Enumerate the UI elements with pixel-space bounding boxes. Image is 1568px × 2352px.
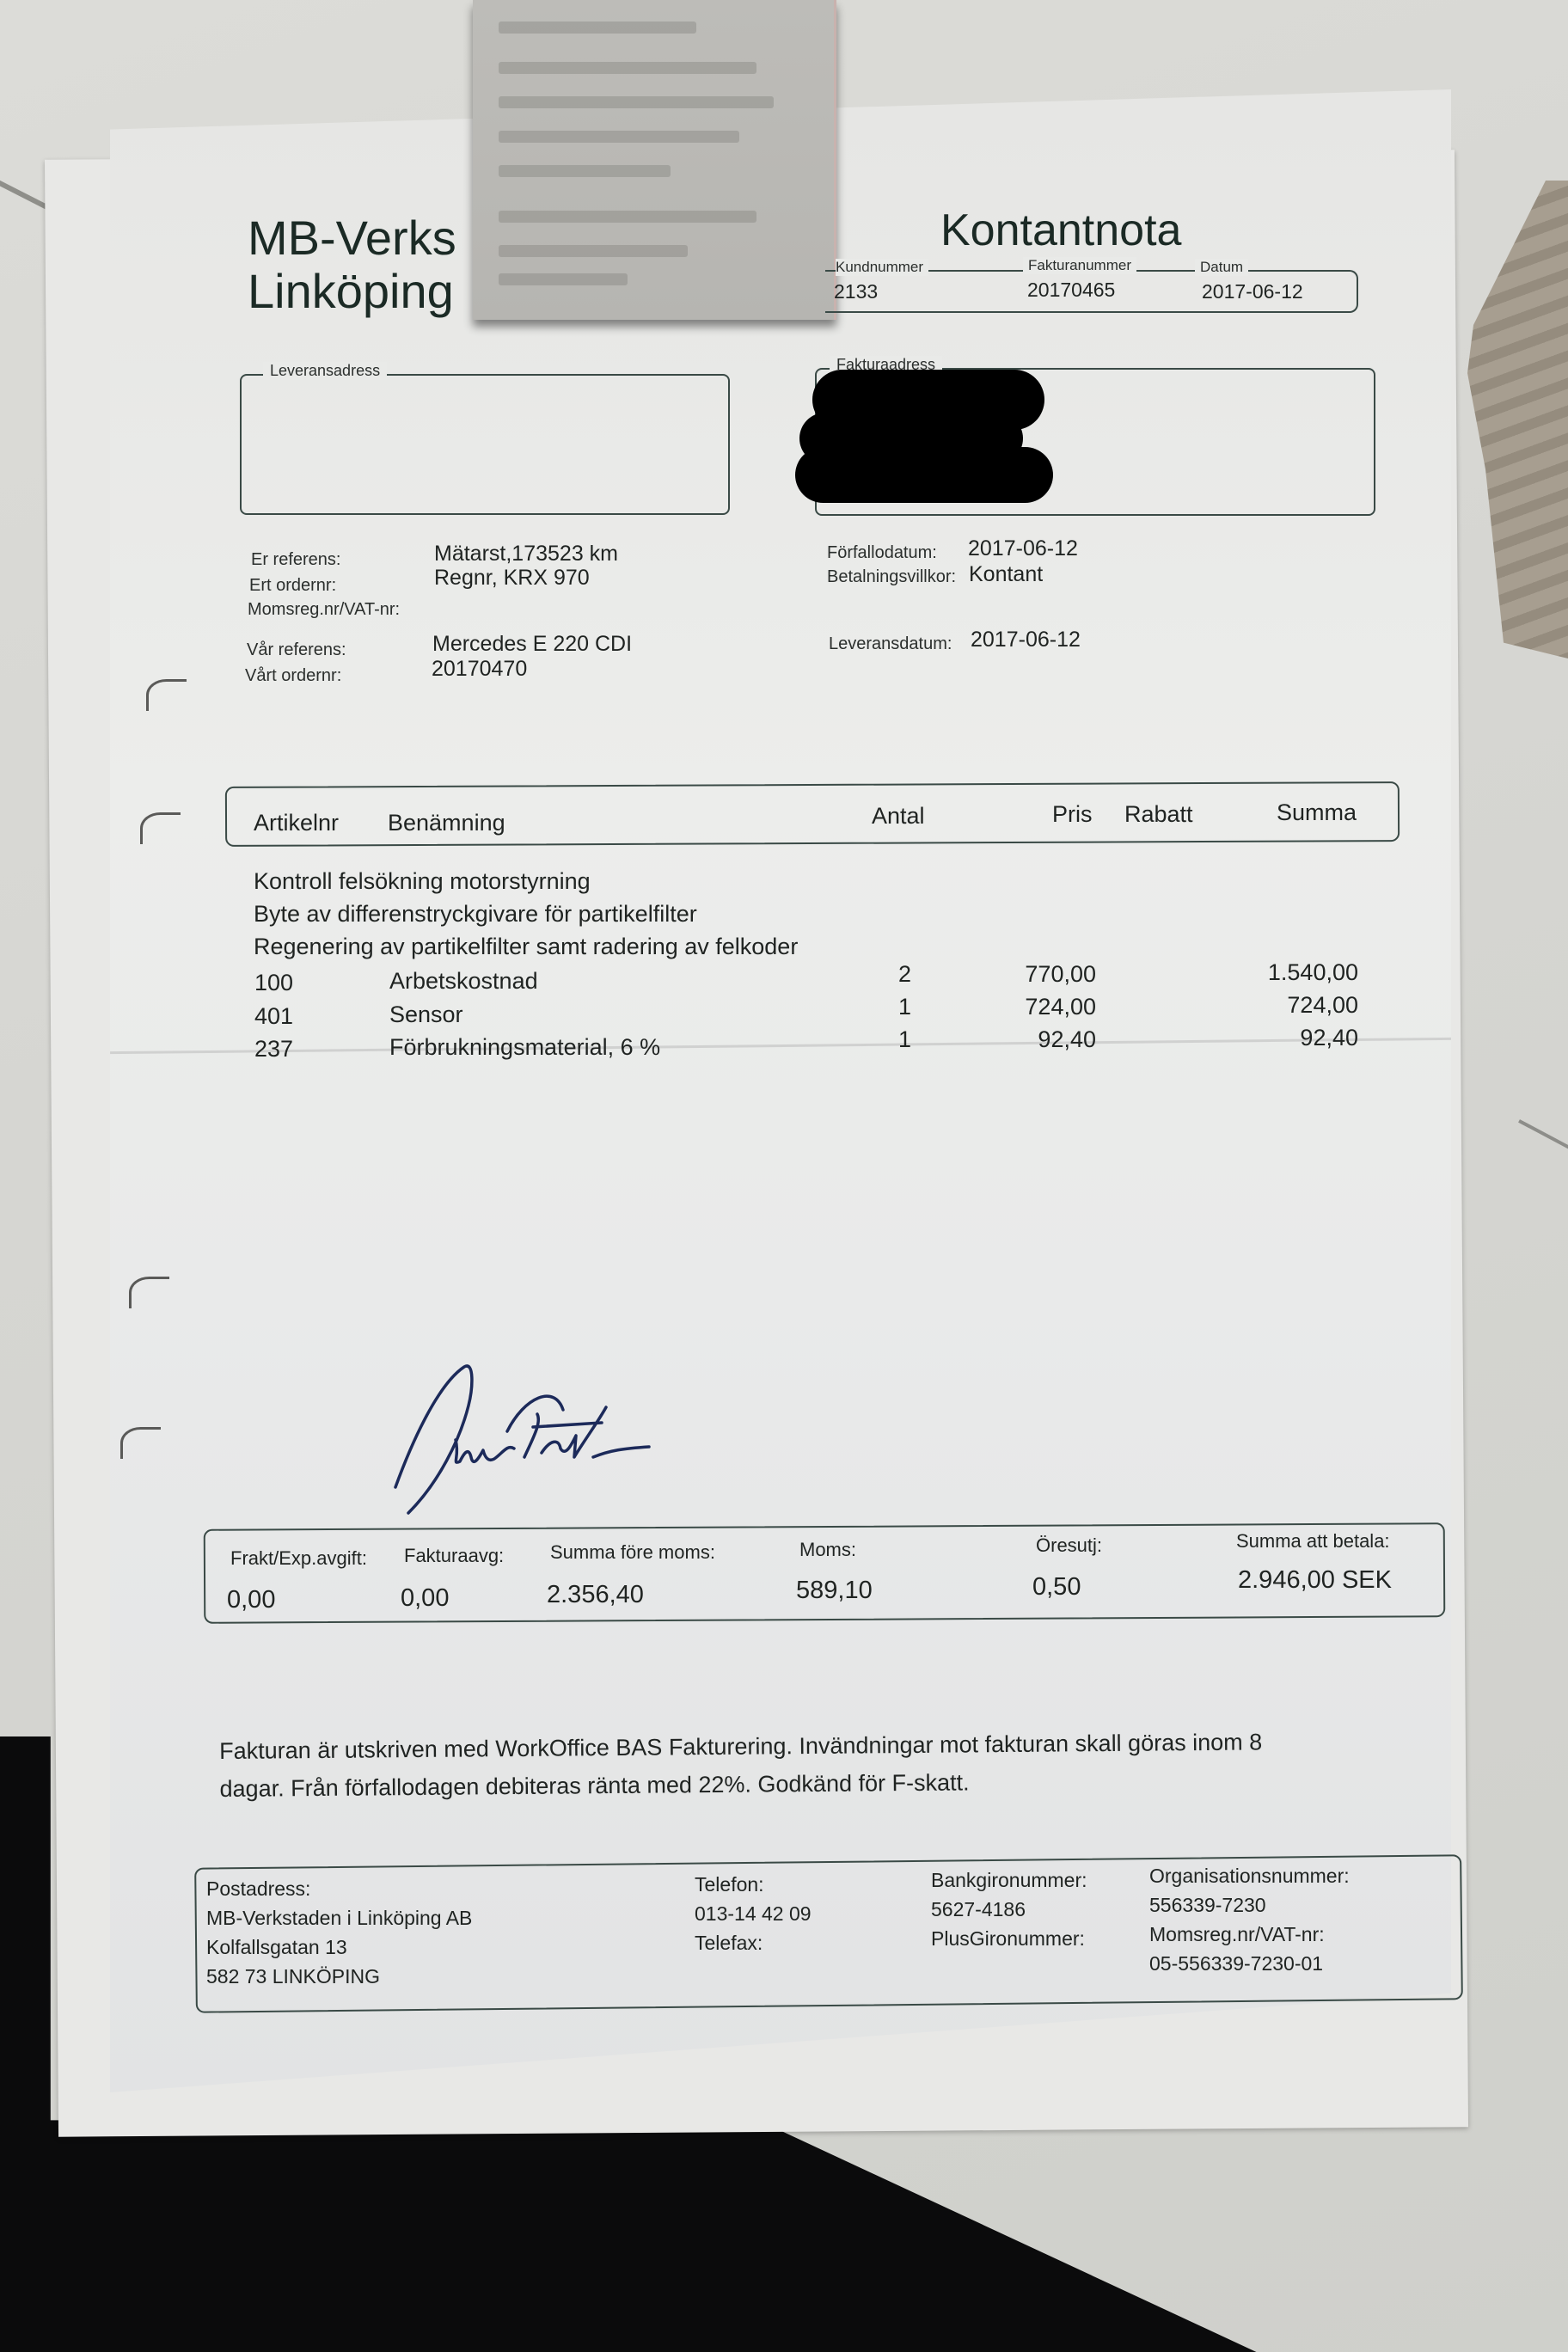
cell-summa: 724,00 [1204, 992, 1358, 1019]
vat-value: 05-556339-7230-01 [1149, 1949, 1350, 1978]
org-info: Organisationsnummer: 556339-7230 Momsreg… [1149, 1861, 1350, 1978]
table-note: Regenering av partikelfilter samt raderi… [254, 934, 798, 960]
ref-label: Betalningsvillkor: [827, 567, 956, 587]
amount-due: 2.946,00 SEK [1238, 1566, 1392, 1595]
phone-value: 013-14 42 09 [695, 1899, 812, 1928]
cell-summa: 1.540,00 [1204, 959, 1358, 986]
org-number-value: 556339-7230 [1149, 1890, 1350, 1920]
ref-label: Momsreg.nr/VAT-nr: [248, 600, 400, 620]
total-label: Frakt/Exp.avgift: [230, 1547, 367, 1570]
ref-value: 20170470 [432, 657, 527, 682]
delivery-address-label: Leveransadress [263, 362, 387, 380]
cell-benamning: Sensor [389, 1001, 463, 1028]
invoice-number-label: Fakturanummer [1023, 257, 1136, 274]
column-rabatt: Rabatt [1124, 801, 1193, 828]
customer-number: 2133 [834, 280, 878, 303]
customer-number-label: Kundnummer [836, 259, 928, 276]
org-number-label: Organisationsnummer: [1149, 1861, 1350, 1890]
total-value: 0,00 [401, 1584, 449, 1613]
footer-note: Fakturan är utskriven med WorkOffice BAS… [219, 1723, 1263, 1808]
vat-label: Momsreg.nr/VAT-nr: [1149, 1920, 1350, 1949]
total-value: 589,10 [796, 1577, 873, 1605]
total-value: 0,00 [227, 1586, 275, 1614]
company-name: MB-Verks Linköping [248, 211, 456, 318]
cell-antal: 2 [885, 961, 911, 988]
cell-summa: 92,40 [1204, 1025, 1358, 1051]
ref-label: Er referens: [251, 550, 340, 570]
ref-value: Mätarst,173523 km [434, 542, 618, 567]
ref-label: Leveransdatum: [829, 634, 952, 654]
phone-info: Telefon: 013-14 42 09 Telefax: [695, 1870, 812, 1957]
cell-benamning: Arbetskostnad [389, 968, 538, 995]
column-antal: Antal [872, 803, 925, 830]
company-name-line1: MB-Verks [248, 211, 456, 265]
total-value: 2.356,40 [547, 1581, 644, 1609]
ref-value: Regnr, KRX 970 [434, 566, 590, 591]
ref-label: Vår referens: [247, 640, 346, 660]
giro-info: Bankgironummer: 5627-4186 PlusGironummer… [931, 1865, 1087, 1953]
punch-hole [140, 812, 181, 844]
fax-label: Telefax: [695, 1928, 812, 1957]
total-label: Fakturaavg: [404, 1545, 504, 1567]
cell-artikelnr: 100 [254, 970, 293, 996]
cell-artikelnr: 401 [254, 1003, 293, 1030]
cell-antal: 1 [885, 1026, 911, 1053]
invoice-number: 20170465 [1027, 279, 1115, 302]
plusgiro-label: PlusGironummer: [931, 1924, 1087, 1953]
invoice-date: 2017-06-12 [1202, 280, 1303, 303]
column-benamning: Benämning [388, 810, 505, 836]
total-label: Summa före moms: [550, 1541, 715, 1564]
postal-address-line: 582 73 LINKÖPING [206, 1962, 472, 1991]
table-note: Kontroll felsökning motorstyrning [254, 868, 591, 895]
column-artikelnr: Artikelnr [254, 810, 339, 836]
total-value: 0,50 [1032, 1573, 1081, 1602]
total-label: Öresutj: [1036, 1534, 1102, 1557]
punch-hole [129, 1277, 169, 1308]
column-pris: Pris [1052, 801, 1093, 828]
ref-value: Kontant [969, 562, 1043, 587]
ref-value: 2017-06-12 [971, 628, 1081, 652]
ref-value: Mercedes E 220 CDI [432, 632, 632, 657]
cell-benamning: Förbrukningsmaterial, 6 % [389, 1034, 660, 1061]
table-note: Byte av differenstryckgivare för partike… [254, 901, 697, 928]
bankgiro-label: Bankgironummer: [931, 1865, 1087, 1895]
cell-pris: 770,00 [989, 961, 1096, 988]
cell-pris: 92,40 [989, 1026, 1096, 1053]
total-label: Moms: [799, 1539, 856, 1561]
ref-label: Vårt ordernr: [245, 666, 341, 686]
cell-pris: 724,00 [989, 994, 1096, 1020]
punch-hole [120, 1427, 161, 1459]
total-label: Summa att betala: [1236, 1530, 1390, 1553]
punch-hole [146, 679, 187, 711]
date-label: Datum [1195, 259, 1248, 276]
phone-label: Telefon: [695, 1870, 812, 1899]
postal-address-line: Kolfallsgatan 13 [206, 1932, 472, 1962]
column-summa: Summa [1277, 799, 1357, 826]
ref-value: 2017-06-12 [968, 536, 1078, 561]
receipt-overlay [473, 0, 836, 320]
ref-label: Förfallodatum: [827, 543, 937, 563]
postal-address: Postadress: MB-Verkstaden i Linköping AB… [206, 1874, 472, 1991]
signature [378, 1337, 662, 1522]
document-title: Kontantnota [940, 205, 1181, 256]
cell-artikelnr: 237 [254, 1036, 293, 1063]
company-name-line2: Linköping [248, 265, 456, 318]
cell-antal: 1 [885, 994, 911, 1020]
postal-address-line: MB-Verkstaden i Linköping AB [206, 1903, 472, 1932]
ref-label: Ert ordernr: [249, 576, 336, 596]
postal-address-label: Postadress: [206, 1874, 472, 1903]
bankgiro-value: 5627-4186 [931, 1895, 1087, 1924]
delivery-address-box [240, 374, 730, 515]
